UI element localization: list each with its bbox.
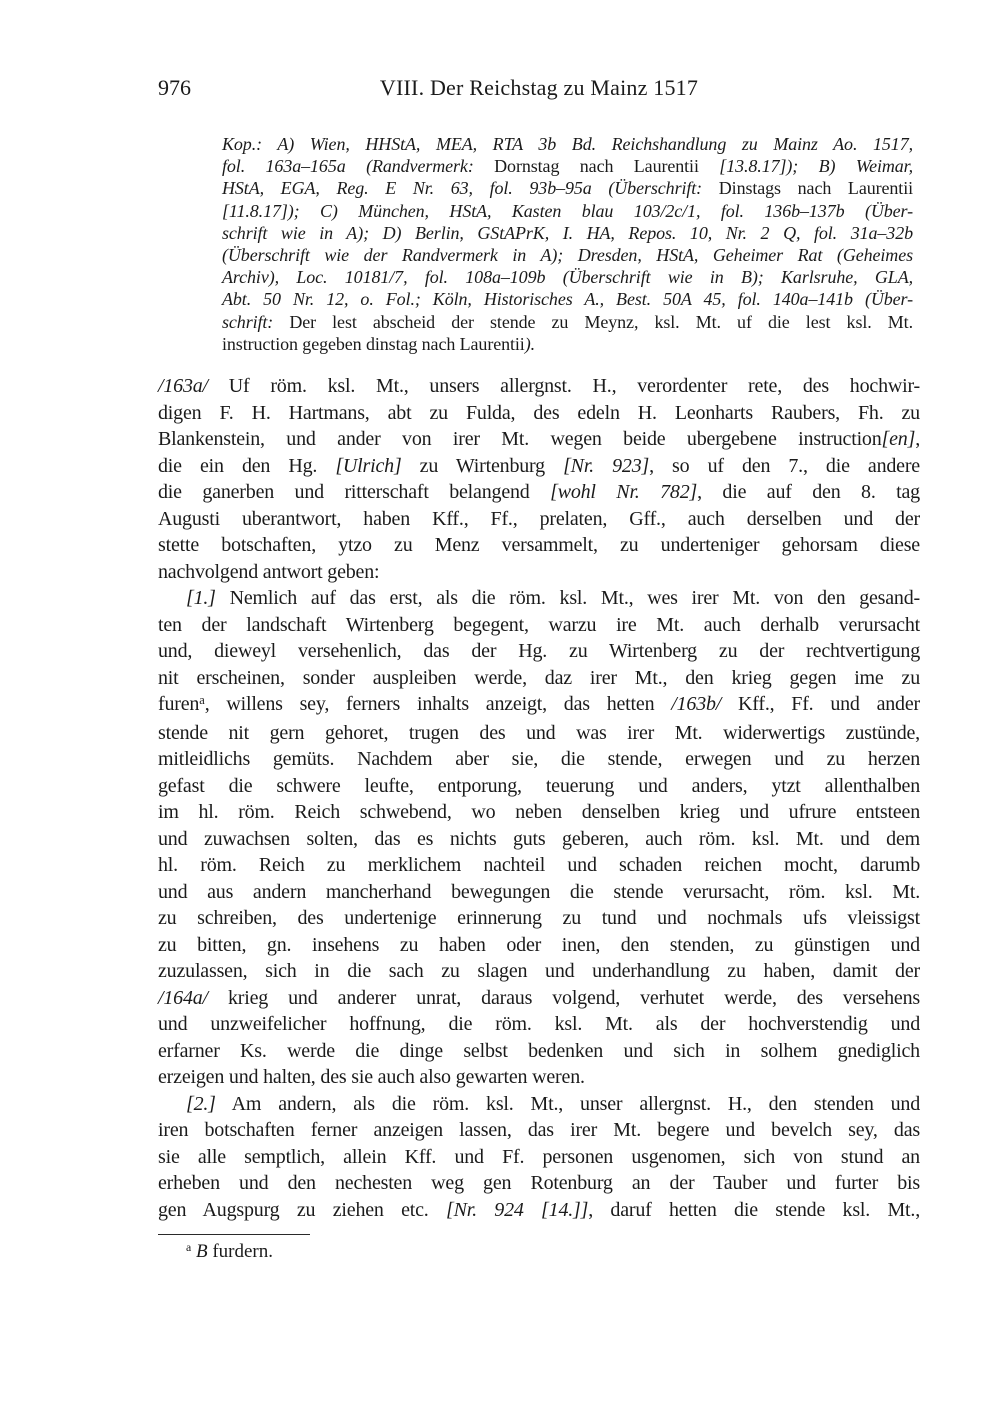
text-run: Der lest abscheid der stende zu Meynz, k… bbox=[289, 312, 913, 332]
text-run: ten der landschaft Wirtenberg begegent, … bbox=[158, 614, 920, 636]
text-line: [1.] Nemlich auf das erst, als die röm. … bbox=[158, 585, 920, 612]
footnote-rule bbox=[158, 1234, 310, 1235]
italic-run: schrift wie in A); D) Berlin, GStAPrK, I… bbox=[222, 223, 913, 243]
text-run: nachvolgend antwort geben: bbox=[158, 561, 379, 583]
text-run: zu Wirtenburg bbox=[402, 455, 564, 477]
running-title: VIII. Der Reichstag zu Mainz 1517 bbox=[158, 75, 920, 101]
text-line: und unzweifelicher hoffnung, die röm. ks… bbox=[158, 1011, 920, 1038]
text-line: HStA, EGA, Reg. E Nr. 63, fol. 93b–95a (… bbox=[222, 177, 913, 199]
text-line: Blankenstein, und ander von irer Mt. weg… bbox=[158, 426, 920, 453]
text-line: Abt. 50 Nr. 12, o. Fol.; Köln, Historisc… bbox=[222, 288, 913, 310]
text-line: (Überschrift wie der Randvermerk in A); … bbox=[222, 244, 913, 266]
text-run: zu schreiben, des undertenige erinnerung… bbox=[158, 907, 920, 929]
text-line: schrift wie in A); D) Berlin, GStAPrK, I… bbox=[222, 222, 913, 244]
text-run: furdern. bbox=[208, 1241, 273, 1262]
text-line: gen Augspurg zu ziehen etc. [Nr. 924 [14… bbox=[158, 1197, 920, 1224]
text-line: gefast die schwere leufte, entporung, te… bbox=[158, 773, 920, 800]
text-run: , bbox=[915, 428, 920, 450]
text-line: furena, willens sey, ferners inhalts anz… bbox=[158, 691, 920, 720]
text-line: a B furdern. bbox=[158, 1240, 920, 1266]
italic-run: [11.8.17]); C) München, HStA, Kasten bla… bbox=[222, 201, 913, 221]
italic-run: fol. 163a–165a (Randvermerk: bbox=[222, 156, 494, 176]
text-run: und, dieweyl versehenlich, das der Hg. z… bbox=[158, 640, 920, 662]
italic-run: [Ulrich] bbox=[335, 455, 401, 477]
text-line: sie alle semptlich, allein Kff. und Ff. … bbox=[158, 1144, 920, 1171]
italic-run: [2.] bbox=[186, 1093, 216, 1115]
text-line: /164a/ krieg und anderer unrat, daraus v… bbox=[158, 985, 920, 1012]
text-run: hl. röm. Reich zu merklichem nachteil un… bbox=[158, 854, 920, 876]
italic-run: /163b/ bbox=[671, 693, 721, 715]
page-number: 976 bbox=[158, 75, 191, 101]
italic-run: /163a/ bbox=[158, 375, 208, 397]
text-run: und zuwachsen solten, das es nichts guts… bbox=[158, 828, 920, 850]
text-run: stette botschaften, ytzo zu Menz versamm… bbox=[158, 534, 920, 556]
text-line: fol. 163a–165a (Randvermerk: Dornstag na… bbox=[222, 155, 913, 177]
text-run: furen bbox=[158, 693, 199, 715]
text-run: , so uf den 7., die andere bbox=[649, 455, 920, 477]
text-run: erheben und den nechesten weg gen Rotenb… bbox=[158, 1172, 920, 1194]
text-run: Dornstag nach Laurentii bbox=[494, 156, 719, 176]
text-run: erzeigen und halten, des sie auch also g… bbox=[158, 1066, 585, 1088]
italic-run: /164a/ bbox=[158, 987, 208, 1009]
text-run: digen F. H. Hartmans, abt zu Fulda, des … bbox=[158, 402, 920, 424]
text-line: instruction gegeben dinstag nach Laurent… bbox=[222, 333, 913, 355]
text-line: [2.] Am andern, als die röm. ksl. Mt., u… bbox=[158, 1091, 920, 1118]
text-line: [11.8.17]); C) München, HStA, Kasten bla… bbox=[222, 200, 913, 222]
text-run: nit erscheinen, sonder auspleiben werde,… bbox=[158, 667, 920, 689]
italic-run: [Nr. 924 [14.]] bbox=[446, 1199, 588, 1221]
text-run: Kff., Ff. und ander bbox=[721, 693, 920, 715]
text-line: hl. röm. Reich zu merklichem nachteil un… bbox=[158, 852, 920, 879]
italic-run: HStA, EGA, Reg. E Nr. 63, fol. 93b–95a (… bbox=[222, 178, 719, 198]
text-run: im hl. röm. Reich schwebend, wo neben de… bbox=[158, 801, 920, 823]
text-run: stende nit gern gehoret, trugen des und … bbox=[158, 722, 920, 744]
text-line: nit erscheinen, sonder auspleiben werde,… bbox=[158, 665, 920, 692]
text-run: mitleidlichs gemüts. Nachdem aber sie, d… bbox=[158, 748, 920, 770]
text-run: Uf röm. ksl. Mt., unsers allergnst. H., … bbox=[208, 375, 920, 397]
text-line: erheben und den nechesten weg gen Rotenb… bbox=[158, 1170, 920, 1197]
text-column: 976 VIII. Der Reichstag zu Mainz 1517 Ko… bbox=[158, 75, 920, 1266]
text-line: /163a/ Uf röm. ksl. Mt., unsers allergns… bbox=[158, 373, 920, 400]
text-run: , daruf hetten die stende ksl. Mt., bbox=[588, 1199, 920, 1221]
italic-run: Kop.: A) Wien, HHStA, MEA, RTA 3b Bd. Re… bbox=[222, 134, 913, 154]
footnote-marker: a bbox=[186, 1241, 191, 1254]
text-line: Kop.: A) Wien, HHStA, MEA, RTA 3b Bd. Re… bbox=[222, 133, 913, 155]
text-line: ten der landschaft Wirtenberg begegent, … bbox=[158, 612, 920, 639]
text-run: instruction gegeben dinstag nach Laurent… bbox=[222, 334, 525, 354]
text-line: mitleidlichs gemüts. Nachdem aber sie, d… bbox=[158, 746, 920, 773]
text-line: zu bitten, gn. insehens zu haben oder in… bbox=[158, 932, 920, 959]
text-run: gen Augspurg zu ziehen etc. bbox=[158, 1199, 446, 1221]
footnote-marker: a bbox=[199, 693, 205, 707]
text-line: digen F. H. Hartmans, abt zu Fulda, des … bbox=[158, 400, 920, 427]
text-line: schrift: Der lest abscheid der stende zu… bbox=[222, 311, 913, 333]
text-line: und zuwachsen solten, das es nichts guts… bbox=[158, 826, 920, 853]
text-line: Augusti uberantwort, haben Kff., Ff., pr… bbox=[158, 506, 920, 533]
text-line: stende nit gern gehoret, trugen des und … bbox=[158, 720, 920, 747]
text-run: krieg und anderer unrat, daraus volgend,… bbox=[208, 987, 920, 1009]
text-run: zu bitten, gn. insehens zu haben oder in… bbox=[158, 934, 920, 956]
text-run: und aus andern mancherhand bewegungen di… bbox=[158, 881, 920, 903]
text-run: sie alle semptlich, allein Kff. und Ff. … bbox=[158, 1146, 920, 1168]
text-run: , die auf den 8. tag bbox=[697, 481, 920, 503]
text-line: zuzulassen, sich in die sach zu slagen u… bbox=[158, 958, 920, 985]
source-apparatus-note: Kop.: A) Wien, HHStA, MEA, RTA 3b Bd. Re… bbox=[222, 133, 913, 355]
text-line: und aus andern mancherhand bewegungen di… bbox=[158, 879, 920, 906]
text-line: zu schreiben, des undertenige erinnerung… bbox=[158, 905, 920, 932]
paragraph-opening: /163a/ Uf röm. ksl. Mt., unsers allergns… bbox=[158, 373, 920, 585]
italic-run: ). bbox=[525, 334, 535, 354]
book-page: 976 VIII. Der Reichstag zu Mainz 1517 Ko… bbox=[0, 0, 1004, 1418]
text-run: Am andern, als die röm. ksl. Mt., unser … bbox=[216, 1093, 920, 1115]
footnote: a B furdern. bbox=[158, 1240, 920, 1266]
text-run: Blankenstein, und ander von irer Mt. weg… bbox=[158, 428, 882, 450]
text-line: iren botschaften ferner anzeigen lassen,… bbox=[158, 1117, 920, 1144]
text-run: iren botschaften ferner anzeigen lassen,… bbox=[158, 1119, 920, 1141]
italic-run: (Überschrift wie der Randvermerk in A); … bbox=[222, 245, 913, 265]
page-header: 976 VIII. Der Reichstag zu Mainz 1517 bbox=[158, 75, 920, 103]
text-line: die ein den Hg. [Ulrich] zu Wirtenburg [… bbox=[158, 453, 920, 480]
text-run: Dinstags nach Laurentii bbox=[719, 178, 913, 198]
text-run: erfarner Ks. werde die dinge selbst bede… bbox=[158, 1040, 920, 1062]
text-run: Nemlich auf das erst, als die röm. ksl. … bbox=[216, 587, 920, 609]
italic-run: [Nr. 923] bbox=[563, 455, 649, 477]
text-line: nachvolgend antwort geben: bbox=[158, 559, 920, 586]
text-line: und, dieweyl versehenlich, das der Hg. z… bbox=[158, 638, 920, 665]
text-run: , willens sey, ferners inhalts anzeigt, … bbox=[205, 693, 672, 715]
text-run: und unzweifelicher hoffnung, die röm. ks… bbox=[158, 1013, 920, 1035]
text-run: die ganerben und ritterschaft belangend bbox=[158, 481, 550, 503]
text-run: zuzulassen, sich in die sach zu slagen u… bbox=[158, 960, 920, 982]
text-run: gefast die schwere leufte, entporung, te… bbox=[158, 775, 920, 797]
italic-run: [wohl Nr. 782] bbox=[550, 481, 697, 503]
italic-run: [13.8.17]); B) Weimar, bbox=[719, 156, 913, 176]
italic-run: Archiv), Loc. 10181/7, fol. 108a–109b (Ü… bbox=[222, 267, 913, 287]
text-run: die ein den Hg. bbox=[158, 455, 335, 477]
text-run: Augusti uberantwort, haben Kff., Ff., pr… bbox=[158, 508, 920, 530]
text-line: erzeigen und halten, des sie auch also g… bbox=[158, 1064, 920, 1091]
body-text: /163a/ Uf röm. ksl. Mt., unsers allergns… bbox=[158, 373, 920, 1223]
text-line: stette botschaften, ytzo zu Menz versamm… bbox=[158, 532, 920, 559]
italic-run: [en] bbox=[882, 428, 916, 450]
paragraph-item-2: [2.] Am andern, als die röm. ksl. Mt., u… bbox=[158, 1091, 920, 1224]
text-line: im hl. röm. Reich schwebend, wo neben de… bbox=[158, 799, 920, 826]
italic-run: schrift: bbox=[222, 312, 289, 332]
paragraph-item-1: [1.] Nemlich auf das erst, als die röm. … bbox=[158, 585, 920, 1091]
italic-run: B bbox=[196, 1241, 208, 1262]
text-line: die ganerben und ritterschaft belangend … bbox=[158, 479, 920, 506]
italic-run: Abt. 50 Nr. 12, o. Fol.; Köln, Historisc… bbox=[222, 289, 913, 309]
text-line: erfarner Ks. werde die dinge selbst bede… bbox=[158, 1038, 920, 1065]
text-line: Archiv), Loc. 10181/7, fol. 108a–109b (Ü… bbox=[222, 266, 913, 288]
italic-run: [1.] bbox=[186, 587, 216, 609]
